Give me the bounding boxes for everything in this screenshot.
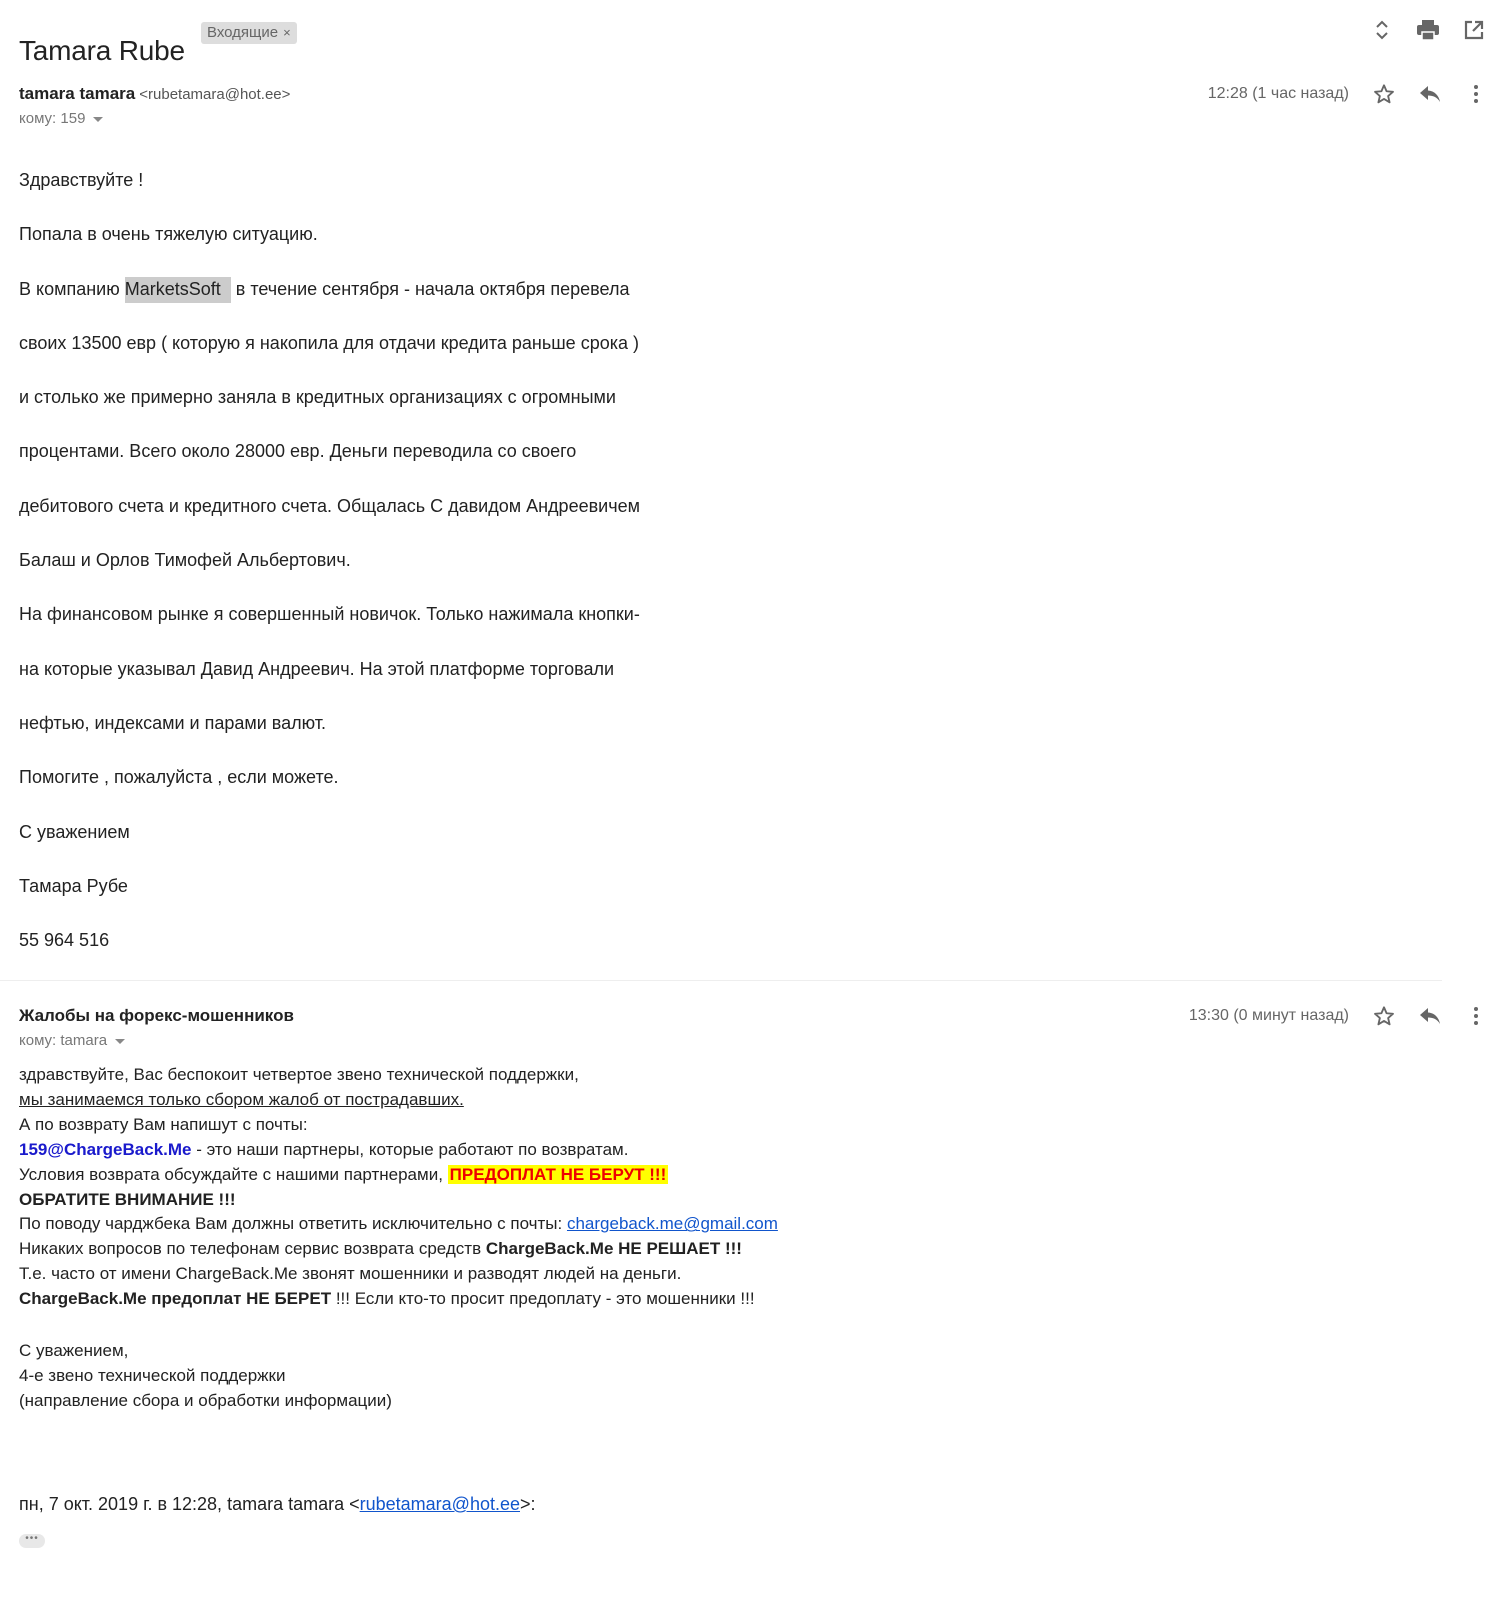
more-vert-icon[interactable]: [1465, 82, 1487, 106]
message-meta: 12:28 (1 час назад): [1208, 82, 1487, 106]
body-line: По поводу чарджбека Вам должны ответить …: [19, 1212, 778, 1237]
body-line: процентами. Всего около 28000 евр. Деньг…: [19, 436, 640, 490]
body-line: и столько же примерно заняла в кредитных…: [19, 382, 640, 436]
bold-text: ChargeBack.Me предоплат НЕ БЕРЕТ: [19, 1289, 331, 1308]
body-line: своих 13500 евр ( которую я накопила для…: [19, 328, 640, 382]
thread-header: Tamara Rube Входящие×: [19, 14, 1507, 54]
chevron-down-icon[interactable]: [115, 1039, 125, 1044]
reply-icon[interactable]: [1419, 82, 1441, 106]
message-header: Жалобы на форекс-мошенников кому: tamara…: [19, 1006, 1507, 1049]
warning-highlight: ПРЕДОПЛАТ НЕ БЕРУТ !!!: [448, 1165, 669, 1184]
label-chip-inbox[interactable]: Входящие×: [201, 22, 297, 44]
quoted-message-attribution: пн, 7 окт. 2019 г. в 12:28, tamara tamar…: [19, 1494, 536, 1515]
body-line: Попала в очень тяжелую ситуацию.: [19, 219, 640, 273]
body-line: На финансовом рынке я совершенный новичо…: [19, 599, 640, 653]
thread-toolbar: [1371, 18, 1485, 42]
body-text: Никаких вопросов по телефонам сервис воз…: [19, 1239, 486, 1258]
body-text: - это наши партнеры, которые работают по…: [192, 1140, 629, 1159]
star-icon[interactable]: [1373, 82, 1395, 106]
print-icon[interactable]: [1417, 18, 1439, 42]
body-line: ChargeBack.Me предоплат НЕ БЕРЕТ !!! Есл…: [19, 1287, 778, 1312]
spacer: [19, 1312, 778, 1339]
body-line: Балаш и Орлов Тимофей Альбертович.: [19, 545, 640, 599]
more-vert-icon[interactable]: [1465, 1004, 1487, 1028]
body-line: Никаких вопросов по телефонам сервис воз…: [19, 1237, 778, 1262]
sender-name[interactable]: Жалобы на форекс-мошенников: [19, 1006, 294, 1025]
body-line: 55 964 516: [19, 925, 640, 979]
body-text: В компанию: [19, 279, 125, 299]
show-trimmed-content-button[interactable]: •••: [19, 1534, 45, 1548]
recipients-line[interactable]: кому: 159: [19, 110, 1507, 127]
recipients-text: кому: 159: [19, 110, 85, 127]
message-time: 12:28 (1 час назад): [1208, 85, 1349, 103]
body-line: 159@ChargeBack.Me - это наши партнеры, к…: [19, 1138, 778, 1163]
body-text: !!! Если кто-то просит предоплату - это …: [331, 1289, 754, 1308]
body-line: дебитового счета и кредитного счета. Общ…: [19, 491, 640, 545]
body-line: А по возврату Вам напишут с почты:: [19, 1113, 778, 1138]
body-line: Условия возврата обсуждайте с нашими пар…: [19, 1163, 778, 1188]
chargeback-email-link[interactable]: chargeback.me@gmail.com: [567, 1214, 778, 1233]
body-line: Т.е. часто от имени ChargeBack.Me звонят…: [19, 1262, 778, 1287]
body-line: на которые указывал Давид Андреевич. На …: [19, 654, 640, 708]
attribution-text: пн, 7 окт. 2019 г. в 12:28, tamara tamar…: [19, 1494, 360, 1514]
message-divider: [0, 980, 1442, 981]
sender-email: <rubetamara@hot.ee>: [139, 86, 290, 103]
body-line: здравствуйте, Вас беспокоит четвертое зв…: [19, 1063, 778, 1088]
signature-line: С уважением,: [19, 1339, 778, 1364]
message-meta: 13:30 (0 минут назад): [1189, 1004, 1487, 1028]
body-text: в течение сентября - начала октября пере…: [231, 279, 630, 299]
star-icon[interactable]: [1373, 1004, 1395, 1028]
body-line: С уважением: [19, 817, 640, 871]
body-line: мы занимаемся только сбором жалоб от пос…: [19, 1088, 778, 1113]
message-time: 13:30 (0 минут назад): [1189, 1007, 1349, 1025]
reply-icon[interactable]: [1419, 1004, 1441, 1028]
body-line: Здравствуйте !: [19, 165, 640, 219]
body-line: ОБРАТИТЕ ВНИМАНИЕ !!!: [19, 1188, 778, 1213]
body-text: По поводу чарджбека Вам должны ответить …: [19, 1214, 567, 1233]
recipients-text: кому: tamara: [19, 1032, 107, 1049]
recipients-line[interactable]: кому: tamara: [19, 1032, 1507, 1049]
quoted-sender-email-link[interactable]: rubetamara@hot.ee: [360, 1494, 520, 1514]
body-line: нефтью, индексами и парами валют.: [19, 708, 640, 762]
open-new-window-icon[interactable]: [1463, 18, 1485, 42]
body-text: Условия возврата обсуждайте с нашими пар…: [19, 1165, 448, 1184]
bold-text: ChargeBack.Me НЕ РЕШАЕТ: [486, 1239, 720, 1258]
attribution-text: >:: [520, 1494, 536, 1514]
signature-line: 4-е звено технической поддержки: [19, 1364, 778, 1389]
expand-collapse-icon[interactable]: [1371, 18, 1393, 42]
partner-email: 159@ChargeBack.Me: [19, 1140, 192, 1159]
body-line: Тамара Рубе: [19, 871, 640, 925]
body-line: В компанию MarketsSoft в течение сентябр…: [19, 274, 640, 328]
thread-subject: Tamara Rube: [19, 33, 185, 69]
message-header: tamara tamara<rubetamara@hot.ee> кому: 1…: [19, 84, 1507, 127]
message-body: здравствуйте, Вас беспокоит четвертое зв…: [19, 1063, 778, 1414]
body-line: Помогите , пожалуйста , если можете.: [19, 762, 640, 816]
sender-name[interactable]: tamara tamara: [19, 84, 135, 103]
signature-line: (направление сбора и обработки информаци…: [19, 1389, 778, 1414]
label-chip-text: Входящие: [207, 24, 278, 41]
bold-text: !!!: [720, 1239, 742, 1258]
chevron-down-icon[interactable]: [93, 117, 103, 122]
highlighted-company-name: MarketsSoft: [125, 277, 231, 303]
message-body: Здравствуйте ! Попала в очень тяжелую си…: [19, 165, 640, 979]
remove-label-icon[interactable]: ×: [283, 25, 291, 40]
